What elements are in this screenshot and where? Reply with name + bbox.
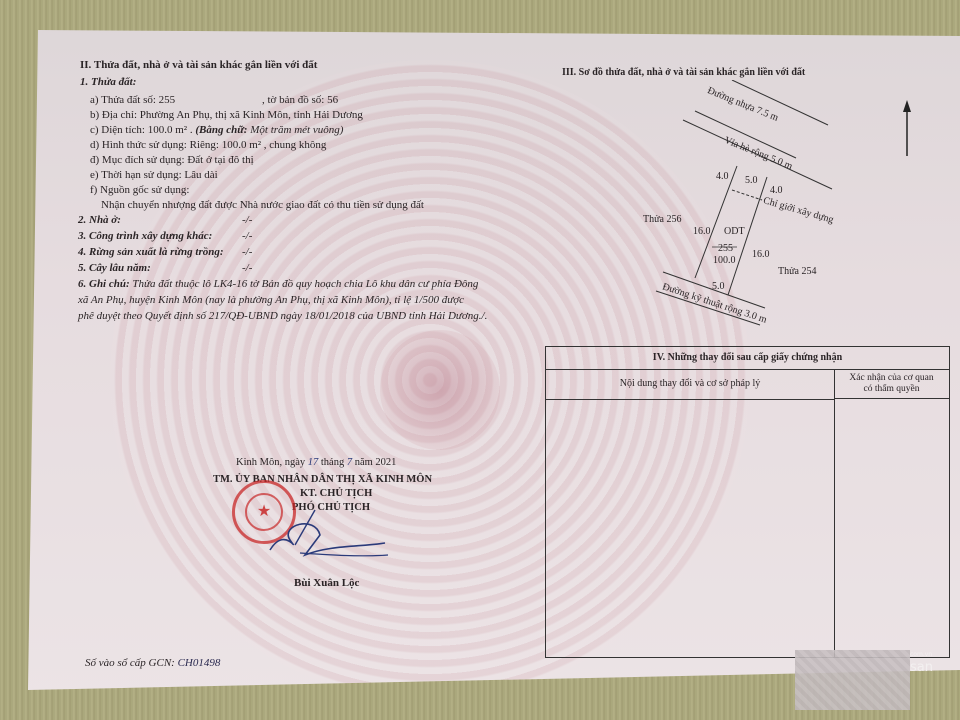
note-line3: phê duyệt theo Quyết định số 217/QĐ-UBND…	[78, 310, 487, 323]
north-arrow-icon	[900, 100, 914, 160]
forest-value: -/-	[242, 246, 252, 259]
year-label: năm 2021	[352, 457, 396, 468]
changes-table-title: IV. Những thay đổi sau cấp giấy chứng nh…	[546, 347, 949, 370]
parcel-number: a) Thửa đất số: 255	[90, 94, 175, 107]
confirmation-line1: Xác nhận của cơ quan	[834, 373, 949, 384]
parcel-diagram	[600, 80, 900, 330]
address: b) Địa chỉ: Phường An Phụ, thị xã Kinh M…	[90, 109, 363, 122]
watermark-brand: san	[910, 660, 933, 675]
parcel-area-diagram: 100.0	[713, 254, 736, 267]
watermark-domain: com.vn	[910, 651, 932, 658]
on-behalf-of: KT. CHỦ TỊCH	[300, 487, 372, 500]
handwritten-signature	[260, 505, 390, 565]
usage-purpose: đ) Mục đích sử dụng: Đất ở tại đô thị	[90, 154, 254, 167]
land-code: ODT	[724, 225, 745, 238]
dim-right-setback: 4.0	[770, 184, 783, 197]
registry-value: CH01498	[178, 657, 221, 669]
dim-top-width: 5.0	[745, 174, 758, 187]
area-words: Một trăm mét vuông)	[247, 124, 343, 136]
registry-label: Số vào sổ cấp GCN:	[85, 657, 178, 669]
left-parcel-label: Thửa 256	[643, 213, 681, 226]
map-sheet-number: , tờ bản đồ số: 56	[262, 94, 338, 107]
section2-title: II. Thửa đất, nhà ở và tài sản khác gắn …	[80, 59, 317, 72]
emblem-center	[380, 330, 500, 450]
perennial-label: 5. Cây lâu năm:	[78, 262, 151, 275]
place-prefix: Kinh Môn, ngày	[236, 457, 308, 468]
other-construction-label: 3. Công trình xây dựng khác:	[78, 230, 212, 243]
changes-column-confirmation: Xác nhận của cơ quan có thẩm quyền	[834, 369, 949, 399]
note-line1: 6. Ghi chú: Thửa đất thuộc lô LK4-16 tờ …	[78, 278, 478, 291]
issue-day: 17	[308, 457, 319, 468]
note-text: Thửa đất thuộc lô LK4-16 tờ Bản đồ quy h…	[130, 278, 479, 290]
forest-label: 4. Rừng sản xuất là rừng trồng:	[78, 246, 224, 259]
area: c) Diện tích: 100.0 m² . (Bằng chữ: Một …	[90, 124, 343, 137]
other-construction-value: -/-	[242, 230, 252, 243]
usage-form: d) Hình thức sử dụng: Riêng: 100.0 m² , …	[90, 139, 326, 152]
confirmation-line2: có thẩm quyền	[834, 384, 949, 395]
right-parcel-label: Thửa 254	[778, 265, 816, 278]
section3-title: III. Sơ đồ thửa đất, nhà ở và tài sản kh…	[562, 66, 805, 79]
blurred-watermark-area	[795, 650, 910, 710]
land-heading: 1. Thửa đất:	[80, 76, 136, 89]
signer-name: Bùi Xuân Lộc	[294, 577, 359, 590]
house-value: -/-	[242, 214, 252, 227]
note-label: 6. Ghi chú:	[78, 278, 130, 290]
month-label: tháng	[318, 457, 347, 468]
place-date: Kinh Môn, ngày 17 tháng 7 năm 2021	[236, 456, 396, 469]
dim-top-left: 4.0	[716, 170, 729, 183]
dim-right-side: 16.0	[752, 248, 770, 261]
changes-table: IV. Những thay đổi sau cấp giấy chứng nh…	[545, 346, 950, 658]
changes-column-content: Nội dung thay đổi và cơ sở pháp lý	[546, 369, 835, 400]
dim-bottom-width: 5.0	[712, 280, 725, 293]
dim-left-side: 16.0	[693, 225, 711, 238]
perennial-value: -/-	[242, 262, 252, 275]
origin-value: Nhận chuyển nhượng đất được Nhà nước gia…	[101, 199, 424, 212]
area-value: c) Diện tích: 100.0 m² .	[90, 124, 195, 136]
usage-term: e) Thời hạn sử dụng: Lâu dài	[90, 169, 218, 182]
origin-label: f) Nguồn gốc sử dụng:	[90, 184, 189, 197]
registry-number: Số vào sổ cấp GCN: CH01498	[85, 657, 220, 670]
note-line2: xã An Phụ, huyện Kinh Môn (nay là phường…	[78, 294, 464, 307]
changes-body-left	[546, 399, 835, 657]
area-words-label: (Bằng chữ:	[195, 124, 247, 136]
house-label: 2. Nhà ở:	[78, 214, 121, 227]
